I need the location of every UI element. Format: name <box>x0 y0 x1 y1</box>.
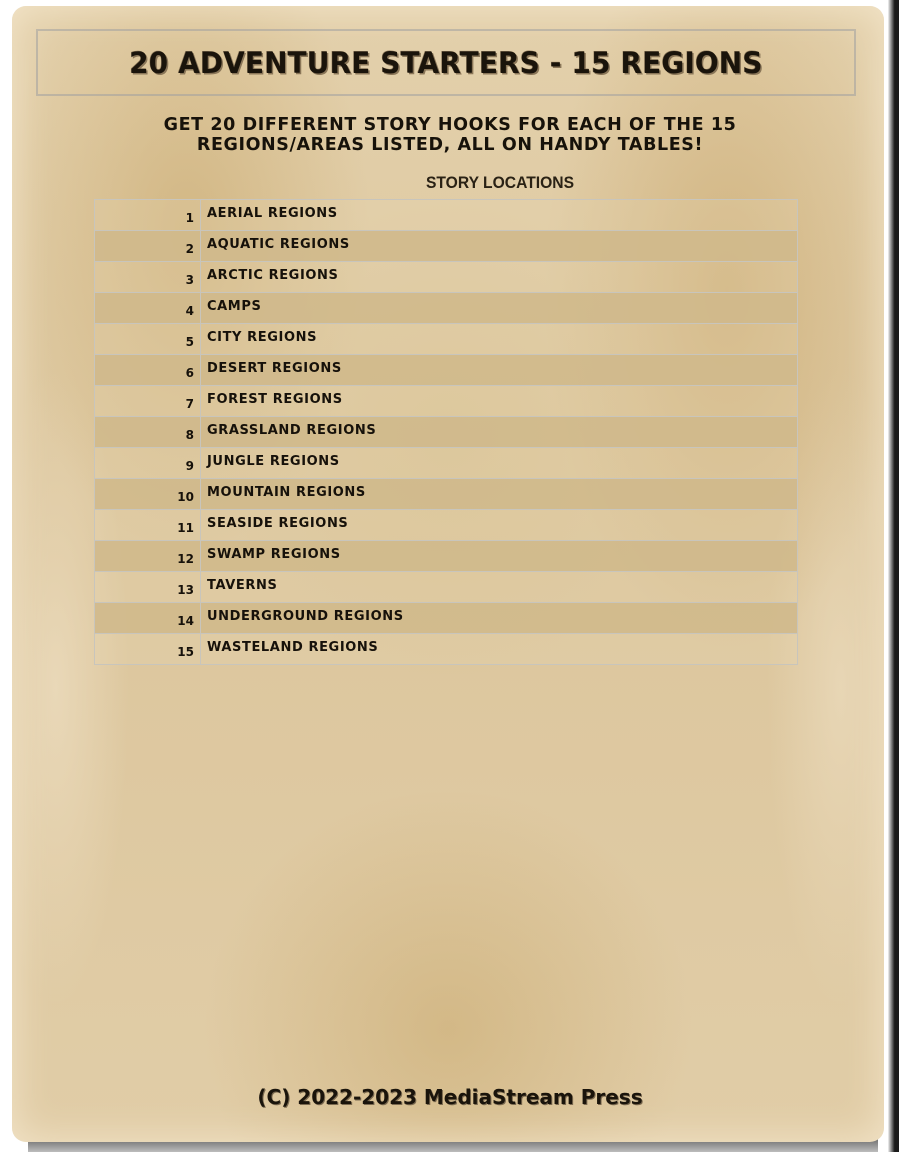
location-name: AERIAL REGIONS <box>207 206 338 221</box>
location-number-cell: 4 <box>95 293 201 324</box>
location-name-cell: WASTELAND REGIONS <box>201 634 798 665</box>
location-name-cell: AQUATIC REGIONS <box>201 231 798 262</box>
location-number: 5 <box>186 335 194 349</box>
location-number: 7 <box>186 397 194 411</box>
location-number-cell: 13 <box>95 572 201 603</box>
location-name: AQUATIC REGIONS <box>207 237 350 252</box>
location-number-cell: 1 <box>95 200 201 231</box>
location-name: MOUNTAIN REGIONS <box>207 485 366 500</box>
location-name-cell: TAVERNS <box>201 572 798 603</box>
location-number: 2 <box>186 242 194 256</box>
location-name-cell: GRASSLAND REGIONS <box>201 417 798 448</box>
copyright-footer: (C) 2022-2023 MediaStream Press <box>200 1085 700 1109</box>
page-edge-shadow <box>888 0 899 1152</box>
location-number-cell: 15 <box>95 634 201 665</box>
location-name: SEASIDE REGIONS <box>207 516 348 531</box>
location-number-cell: 9 <box>95 448 201 479</box>
location-number: 13 <box>177 583 194 597</box>
location-name: DESERT REGIONS <box>207 361 342 376</box>
story-locations-table: 1AERIAL REGIONS2AQUATIC REGIONS3ARCTIC R… <box>94 199 798 665</box>
location-number-cell: 5 <box>95 324 201 355</box>
location-number-cell: 8 <box>95 417 201 448</box>
location-name: ARCTIC REGIONS <box>207 268 338 283</box>
location-number: 9 <box>186 459 194 473</box>
table-row: 3ARCTIC REGIONS <box>95 262 798 293</box>
location-number-cell: 10 <box>95 479 201 510</box>
location-number: 10 <box>177 490 194 504</box>
table-row: 7FOREST REGIONS <box>95 386 798 417</box>
table-row: 8GRASSLAND REGIONS <box>95 417 798 448</box>
table-row: 10MOUNTAIN REGIONS <box>95 479 798 510</box>
location-number-cell: 6 <box>95 355 201 386</box>
location-name: WASTELAND REGIONS <box>207 640 378 655</box>
table-row: 4CAMPS <box>95 293 798 324</box>
location-name: CITY REGIONS <box>207 330 317 345</box>
location-number: 1 <box>186 211 194 225</box>
table-row: 14UNDERGROUND REGIONS <box>95 603 798 634</box>
location-number: 15 <box>177 645 194 659</box>
location-name-cell: UNDERGROUND REGIONS <box>201 603 798 634</box>
location-name-cell: CITY REGIONS <box>201 324 798 355</box>
location-name-cell: AERIAL REGIONS <box>201 200 798 231</box>
location-name: JUNGLE REGIONS <box>207 454 340 469</box>
location-number: 4 <box>186 304 194 318</box>
location-name: UNDERGROUND REGIONS <box>207 609 404 624</box>
location-name-cell: CAMPS <box>201 293 798 324</box>
table-row: 6DESERT REGIONS <box>95 355 798 386</box>
table-row: 2AQUATIC REGIONS <box>95 231 798 262</box>
location-number-cell: 12 <box>95 541 201 572</box>
location-number: 12 <box>177 552 194 566</box>
location-number-cell: 14 <box>95 603 201 634</box>
location-name-cell: DESERT REGIONS <box>201 355 798 386</box>
location-name: GRASSLAND REGIONS <box>207 423 376 438</box>
location-name-cell: JUNGLE REGIONS <box>201 448 798 479</box>
table-row: 11SEASIDE REGIONS <box>95 510 798 541</box>
location-number-cell: 7 <box>95 386 201 417</box>
location-name: SWAMP REGIONS <box>207 547 341 562</box>
table-row: 13TAVERNS <box>95 572 798 603</box>
location-name-cell: MOUNTAIN REGIONS <box>201 479 798 510</box>
location-name: TAVERNS <box>207 578 277 593</box>
subtitle-line-1: GET 20 DIFFERENT STORY HOOKS FOR EACH OF… <box>164 115 737 135</box>
table-heading: STORY LOCATIONS <box>362 173 638 193</box>
subtitle: GET 20 DIFFERENT STORY HOOKS FOR EACH OF… <box>100 115 800 155</box>
location-name-cell: SWAMP REGIONS <box>201 541 798 572</box>
location-number: 14 <box>177 614 194 628</box>
table-row: 12SWAMP REGIONS <box>95 541 798 572</box>
location-name-cell: SEASIDE REGIONS <box>201 510 798 541</box>
table-row: 1AERIAL REGIONS <box>95 200 798 231</box>
location-number-cell: 2 <box>95 231 201 262</box>
location-number-cell: 3 <box>95 262 201 293</box>
location-number: 8 <box>186 428 194 442</box>
table-row: 5CITY REGIONS <box>95 324 798 355</box>
location-number: 3 <box>186 273 194 287</box>
page-title: 20 ADVENTURE STARTERS - 15 REGIONS <box>129 46 762 80</box>
location-number-cell: 11 <box>95 510 201 541</box>
location-number: 11 <box>177 521 194 535</box>
location-name: FOREST REGIONS <box>207 392 343 407</box>
location-name: CAMPS <box>207 299 261 314</box>
table-row: 9JUNGLE REGIONS <box>95 448 798 479</box>
location-name-cell: FOREST REGIONS <box>201 386 798 417</box>
subtitle-line-2: REGIONS/AREAS LISTED, ALL ON HANDY TABLE… <box>197 135 703 155</box>
location-name-cell: ARCTIC REGIONS <box>201 262 798 293</box>
location-number: 6 <box>186 366 194 380</box>
table-row: 15WASTELAND REGIONS <box>95 634 798 665</box>
title-banner: 20 ADVENTURE STARTERS - 15 REGIONS <box>36 29 856 96</box>
